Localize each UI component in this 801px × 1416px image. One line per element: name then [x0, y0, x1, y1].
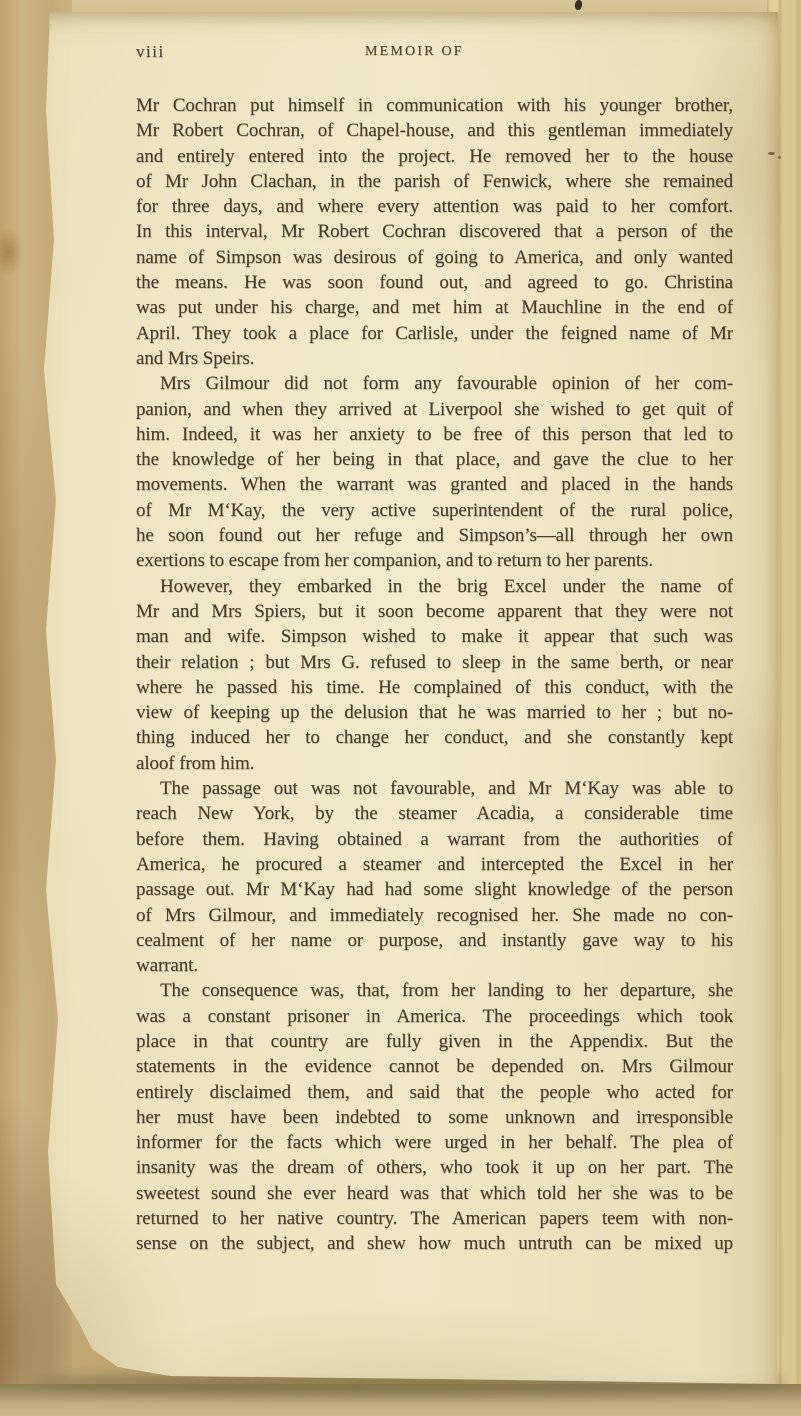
- text-line: returned to her native country. The Amer…: [136, 1206, 733, 1231]
- ink-speck: [768, 152, 775, 155]
- text-line: However, they embarked in the brig Excel…: [136, 574, 733, 599]
- text-line: and Mrs Speirs.: [136, 346, 733, 371]
- text-line: insanity was the dream of others, who to…: [136, 1155, 733, 1180]
- text-line: where he passed his time. He complained …: [136, 675, 733, 700]
- text-line: April. They took a place for Carlisle, u…: [136, 321, 733, 346]
- text-line: The passage out was not favourable, and …: [136, 776, 733, 801]
- page-header: viii MEMOIR OF: [136, 42, 733, 68]
- text-line: before them. Having obtained a warrant f…: [136, 827, 733, 852]
- text-line: her must have been indebted to some unkn…: [136, 1105, 733, 1130]
- text-line: he soon found out her refuge and Simpson…: [136, 523, 733, 548]
- text-line: The consequence was, that, from her land…: [136, 978, 733, 1003]
- text-line: entirely disclaimed them, and said that …: [136, 1080, 733, 1105]
- text-line: statements in the evidence cannot be dep…: [136, 1054, 733, 1079]
- text-line: informer for the facts which were urged …: [136, 1130, 733, 1155]
- text-line: passage out. Mr M‘Kay had had some sligh…: [136, 877, 733, 902]
- text-line: sweetest sound she ever heard was that w…: [136, 1181, 733, 1206]
- ink-speck: [778, 156, 781, 159]
- text-line: him. Indeed, it was her anxiety to be fr…: [136, 422, 733, 447]
- text-line: panion, and when they arrived at Liverpo…: [136, 397, 733, 422]
- text-line: Mrs Gilmour did not form any favourable …: [136, 371, 733, 396]
- text-line: man and wife. Simpson wished to make it …: [136, 624, 733, 649]
- text-line: their relation ; but Mrs G. refused to s…: [136, 650, 733, 675]
- text-line: Mr Robert Cochran, of Chapel-house, and …: [136, 118, 733, 143]
- running-title: MEMOIR OF: [365, 44, 464, 60]
- text-line: of Mrs Gilmour, and immediately recognis…: [136, 903, 733, 928]
- folio-number: viii: [136, 42, 165, 62]
- book-page-photo: viii MEMOIR OF Mr Cochran put himself in…: [0, 0, 801, 1416]
- text-line: and entirely entered into the project. H…: [136, 144, 733, 169]
- text-line: Mr and Mrs Spiers, but it soon become ap…: [136, 599, 733, 624]
- text-line: sense on the subject, and shew how much …: [136, 1231, 733, 1256]
- text-line: of Mr M‘Kay, the very active superintend…: [136, 498, 733, 523]
- text-line: movements. When the warrant was granted …: [136, 472, 733, 497]
- text-line: was a constant prisoner in America. The …: [136, 1004, 733, 1029]
- text-line: view of keeping up the delusion that he …: [136, 700, 733, 725]
- text-line: place in that country are fully given in…: [136, 1029, 733, 1054]
- text-line: the means. He was soon found out, and ag…: [136, 270, 733, 295]
- text-line: the knowledge of her being in that place…: [136, 447, 733, 472]
- text-line: America, he procured a steamer and inter…: [136, 852, 733, 877]
- text-block: Mr Cochran put himself in communication …: [136, 93, 733, 1257]
- text-line: for three days, and where every attentio…: [136, 194, 733, 219]
- text-line: of Mr John Clachan, in the parish of Fen…: [136, 169, 733, 194]
- text-line: warrant.: [136, 953, 733, 978]
- text-line: thing induced her to change her conduct,…: [136, 725, 733, 750]
- text-line: aloof from him.: [136, 751, 733, 776]
- text-line: name of Simpson was desirous of going to…: [136, 245, 733, 270]
- text-line: Mr Cochran put himself in communication …: [136, 93, 733, 118]
- text-line: exertions to escape from her companion, …: [136, 548, 733, 573]
- text-line: In this interval, Mr Robert Cochran disc…: [136, 219, 733, 244]
- text-line: cealment of her name or purpose, and ins…: [136, 928, 733, 953]
- text-line: reach New York, by the steamer Acadia, a…: [136, 801, 733, 826]
- text-line: was put under his charge, and met him at…: [136, 295, 733, 320]
